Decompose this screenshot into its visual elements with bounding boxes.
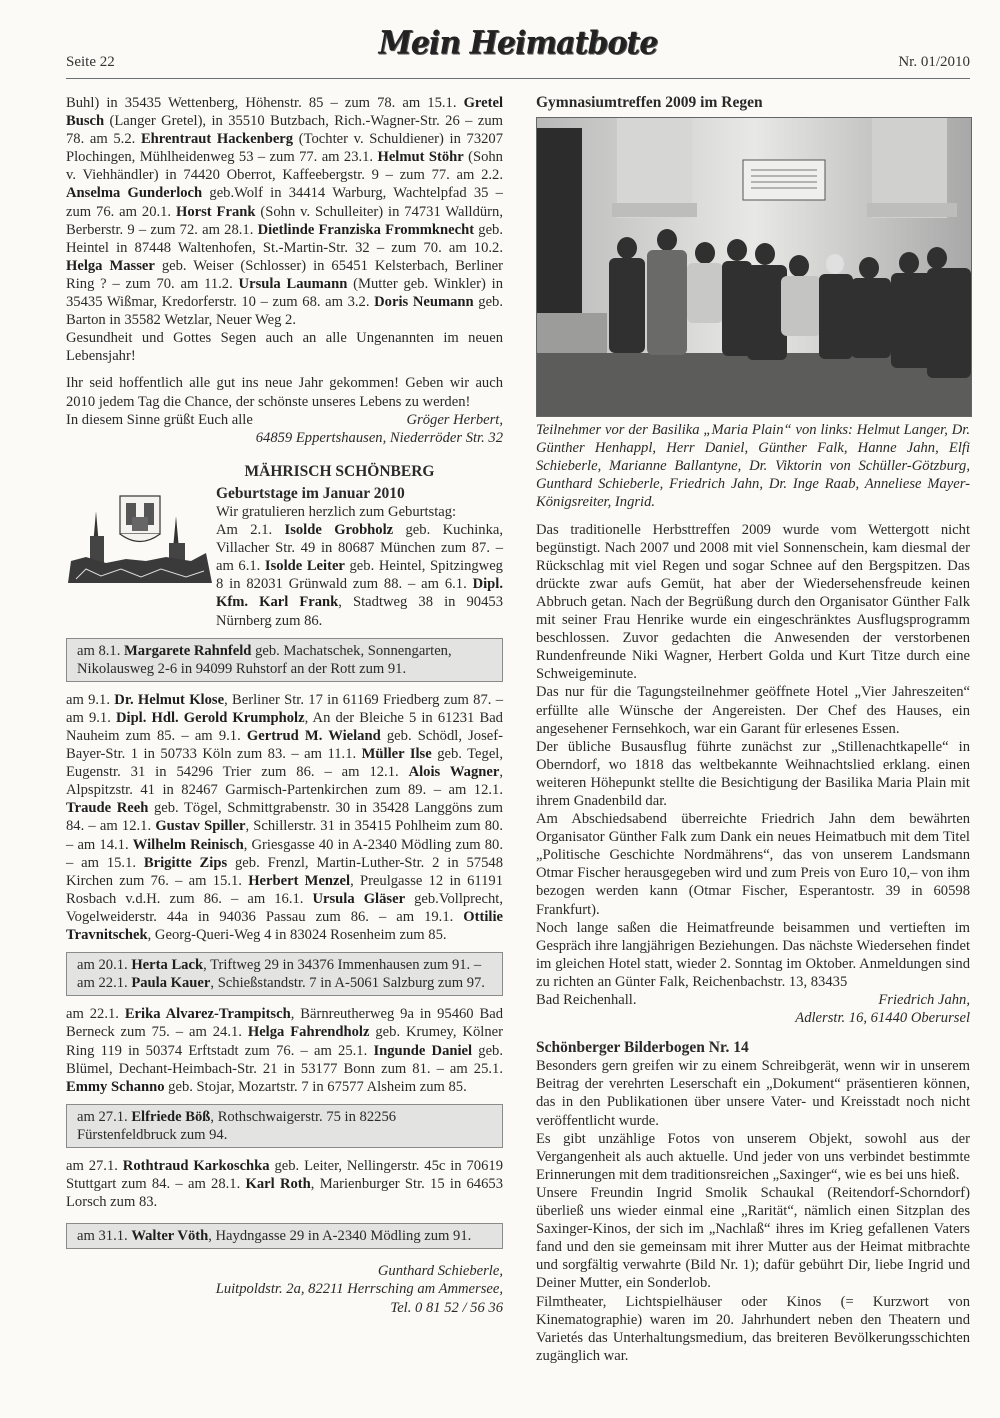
greeting-line: In diesem Sinne grüßt Euch alle Gröger H… [66, 411, 503, 429]
article2-paragraph-3: Unsere Freundin Ingrid Smolik Schaukal (… [536, 1184, 970, 1293]
right-column: Gymnasiumtreffen 2009 im Regen [536, 94, 970, 1365]
new-year-text: Ihr seid hoffentlich alle gut ins neue J… [66, 374, 503, 410]
article1-paragraph-3: Der übliche Busausflug führte zunächst z… [536, 738, 970, 810]
signature-name: Gröger Herbert, [407, 411, 503, 429]
article1-paragraph-5-end: Bad Reichenhall. [536, 991, 637, 1009]
article1-paragraph-2: Das nur für die Tagungsteilnehmer geöffn… [536, 683, 970, 737]
person-name: Isolde Leiter [265, 558, 345, 574]
highlight-box-2: am 20.1. Herta Lack, Triftweg 29 in 3437… [66, 952, 503, 996]
person-name: Doris Neumann [374, 294, 474, 310]
article2-title: Schönberger Bilderbogen Nr. 14 [536, 1039, 970, 1057]
person-name: Brigitte Zips [144, 855, 227, 871]
page-header: Seite 22 Mein Heimatbote Nr. 01/2010 [66, 20, 970, 79]
person-name: Dr. Helmut Klose [114, 692, 224, 708]
section-title: MÄHRISCH SCHÖNBERG [66, 463, 503, 481]
birthday-section: Geburtstage im Januar 2010 Wir gratulier… [66, 485, 503, 630]
article1-signature-name: Friedrich Jahn, [878, 991, 970, 1009]
article2-paragraph-1: Besonders gern greifen wir zu einem Schr… [536, 1057, 970, 1129]
person-name: Herbert Menzel [248, 873, 350, 889]
subsection-title: Geburtstage im Januar 2010 [216, 485, 503, 503]
person-name: Erika Alvarez-Trampitsch [125, 1006, 291, 1022]
article2-paragraph-2: Es gibt unzählige Fotos von unserem Obje… [536, 1130, 970, 1184]
person-name: Rothtraud Karkoschka [123, 1158, 270, 1174]
person-name: Helga Fahrendholz [248, 1024, 370, 1040]
person-name: Müller Ilse [362, 746, 432, 762]
person-name: Elfriede Böß [131, 1109, 210, 1125]
person-name: Margarete Rahnfeld [124, 643, 251, 659]
article1-paragraph-1: Das traditionelle Herbsttreffen 2009 wur… [536, 521, 970, 684]
group-photo [536, 117, 972, 417]
article-title: Gymnasiumtreffen 2009 im Regen [536, 94, 970, 112]
person-name: Dipl. Hdl. Gerold Krumpholz [116, 710, 305, 726]
article1-paragraph-4: Am Abschiedsabend überreichte Friedrich … [536, 810, 970, 919]
issue-number: Nr. 01/2010 [898, 54, 970, 71]
person-name: Ursula Laumann [239, 276, 348, 292]
town-crest-illustration [66, 491, 216, 586]
group-photo-image [537, 118, 971, 416]
page-number: Seite 22 [66, 54, 115, 71]
article2-paragraph-4: Filmtheater, Lichtspielhäuser oder Kinos… [536, 1293, 970, 1365]
person-name: Helga Masser [66, 258, 155, 274]
person-name: Isolde Grobholz [285, 522, 394, 538]
article1-signature-address: Adlerstr. 16, 61440 Oberursel [536, 1009, 970, 1027]
person-name: Alois Wagner [409, 764, 500, 780]
person-name: Gertrud M. Wieland [247, 728, 381, 744]
highlight-box-3: am 27.1. Elfriede Böß, Rothschwaigerstr.… [66, 1104, 503, 1148]
person-name: Helmut Stöhr [377, 149, 463, 165]
signature-address: 64859 Eppertshausen, Niederröder Str. 32 [66, 429, 503, 447]
person-name: Karl Roth [246, 1176, 311, 1192]
person-name: Paula Kauer [131, 975, 210, 991]
person-name: Wilhelm Reinisch [133, 837, 244, 853]
blessing-text: Gesundheit und Gottes Segen auch an alle… [66, 329, 503, 365]
article1-paragraph-5: Noch lange saßen die Heimatfreunde beisa… [536, 919, 970, 991]
birthday-list-1a: Am 2.1. Isolde Grobholz geb. Kuchinka, V… [216, 521, 503, 630]
birthday-list-2: am 9.1. Dr. Helmut Klose, Berliner Str. … [66, 691, 503, 944]
photo-caption: Teilnehmer vor der Basilika „Maria Plain… [536, 421, 970, 511]
birthday-list-3: am 22.1. Erika Alvarez-Trampitsch, Bärnr… [66, 1005, 503, 1095]
person-name: Herta Lack [131, 957, 203, 973]
person-name: Emmy Schanno [66, 1079, 165, 1095]
person-name: Dietlinde Franziska Frommknecht [258, 222, 475, 238]
greeting-text: In diesem Sinne grüßt Euch alle [66, 411, 253, 429]
highlight-box-1: am 8.1. Margarete Rahnfeld geb. Machatsc… [66, 638, 503, 682]
person-name: Ingunde Daniel [373, 1043, 472, 1059]
congrats-text: Wir gratulieren herzlich zum Geburtstag: [216, 503, 503, 521]
person-name: Horst Frank [176, 204, 256, 220]
person-name: Traude Reeh [66, 800, 148, 816]
signature2-address: Luitpoldstr. 2a, 82211 Herrsching am Amm… [66, 1280, 503, 1298]
highlight-box-4: am 31.1. Walter Vöth, Haydngasse 29 in A… [66, 1223, 503, 1249]
article1-signature-line: Bad Reichenhall. Friedrich Jahn, [536, 991, 970, 1009]
birthday-list-continued: Buhl) in 35435 Wettenberg, Höhenstr. 85 … [66, 94, 503, 329]
left-column: Buhl) in 35435 Wettenberg, Höhenstr. 85 … [66, 94, 503, 1317]
person-name: Dipl. Kfm. Karl Frank [216, 576, 503, 610]
birthday-list-4: am 27.1. Rothtraud Karkoschka geb. Leite… [66, 1157, 503, 1211]
person-name: Ursula Gläser [312, 891, 405, 907]
person-name: Anselma Gunderloch [66, 185, 202, 201]
person-name: Ehrentraut Hackenberg [141, 131, 293, 147]
person-name: Walter Vöth [131, 1228, 208, 1244]
signature2-phone: Tel. 0 81 52 / 56 36 [66, 1299, 503, 1317]
signature2-name: Gunthard Schieberle, [66, 1262, 503, 1280]
person-name: Gustav Spiller [155, 818, 245, 834]
person-name: Ottilie Travnitschek [66, 909, 503, 943]
masthead-logo: Mein Heimatbote [379, 25, 658, 62]
person-name: Gretel Busch [66, 95, 503, 129]
